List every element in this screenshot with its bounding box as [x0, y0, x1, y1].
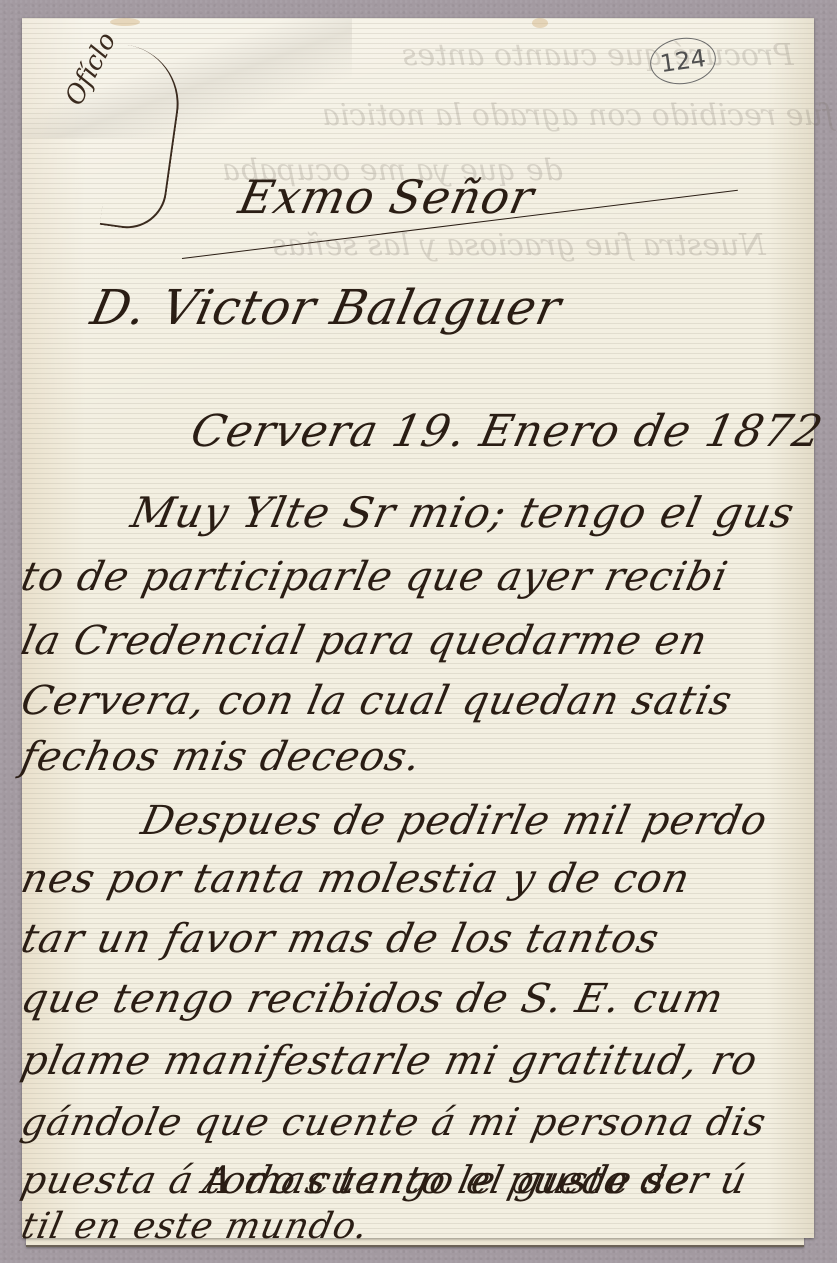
letter-line: Despues de pedirle mil perdo: [137, 798, 772, 844]
letter-line: tar un favor mas de los tantos: [17, 916, 663, 962]
letter-line: que tengo recibidos de S. E. cum: [17, 976, 728, 1022]
bleed-through-line: Procuré que cuanto antes: [402, 38, 794, 73]
letter-line-last: A mas tengo el gusto de: [199, 1158, 695, 1202]
letter-line: til en este mundo.: [18, 1206, 373, 1247]
stain-top-right: [532, 18, 548, 28]
letter-line: Cervera, con la cual quedan satis: [17, 678, 736, 724]
letter-line: fechos mis deceos.: [17, 734, 425, 780]
letter-line: nes por tanta molestia y de con: [17, 856, 694, 902]
letter-line: plame manifestarle mi gratitud, ro: [17, 1038, 762, 1084]
dateline: Cervera 19. Enero de 1872: [187, 406, 828, 457]
letter-line: gándole que cuente á mi persona dis: [17, 1100, 770, 1144]
letter-line: Muy Ylte Sr mio; tengo el gus: [127, 488, 799, 537]
stain-top: [110, 18, 140, 26]
salutation-title: Exmo Señor: [234, 170, 539, 224]
letter-line: to de participarle que ayer recibi: [17, 554, 732, 600]
letter-line: la Credencial para quedarme en: [17, 618, 712, 664]
letter-page: Procuré que cuanto antes fue recibido co…: [22, 18, 814, 1238]
addressee: D. Victor Balaguer: [86, 280, 566, 336]
bleed-through-line: Nuestra fue graciosa y las señas: [272, 228, 766, 263]
bleed-through-line: fue recibido con agrado la noticia: [322, 98, 834, 133]
